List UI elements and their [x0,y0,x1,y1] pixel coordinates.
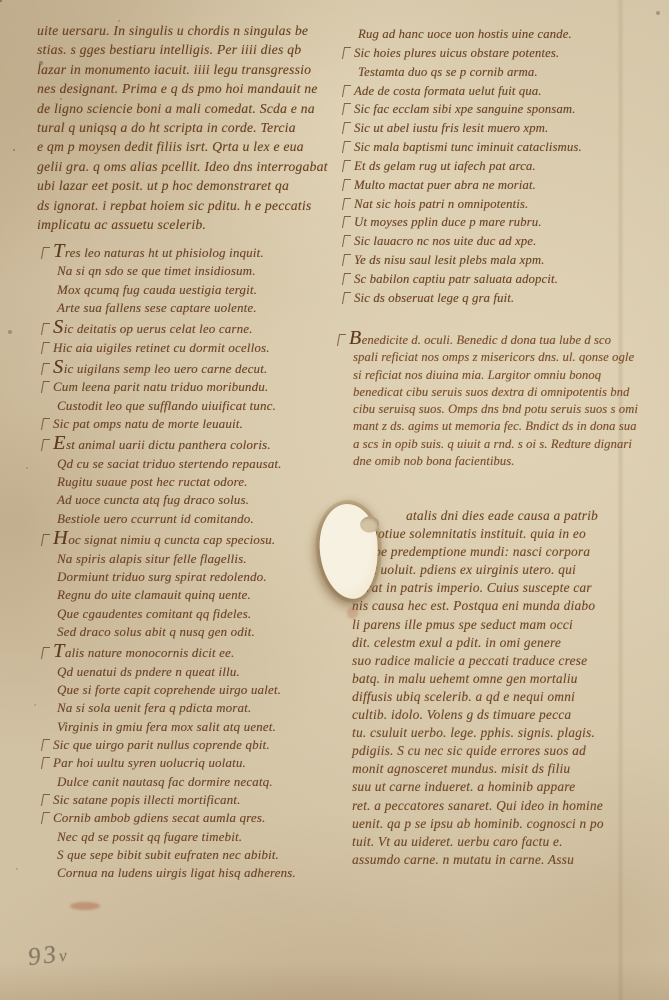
line-text: nis causa hec est. Postqua eni munda dia… [352,598,595,613]
verse-line: Multo mactat puer abra ne moriat. [358,176,646,195]
folio-number-suffix: v [58,946,68,966]
paraph-mark [342,103,351,115]
natalis-line: tuit. Vt au uideret. uerbu caro factu e. [352,833,644,851]
line-text: monit agnosceret mundus. misit ds filiu [352,761,570,776]
line-text: suo radice malicie a peccati traduce cre… [352,653,587,668]
line-text: li parens ille pmus spe seduct mam occi [352,617,573,632]
natalis-line: dit. celestm exul a pdit. in omi genere [352,634,644,652]
natalis-paragraph: atalis dni dies eade causa a patribuotiu… [352,507,644,869]
line-text: cibu seruisq suos. Omps dns bnd potu ser… [353,402,638,416]
verse-line: Nec qd se possit qq fugare timebit. [57,828,345,846]
verse-line: Bestiole uero ccurrunt id comitando. [57,510,345,528]
line-text: Dormiunt triduo surg spirat redolendo. [57,570,267,584]
verse-line: Sic pat omps natu de morte leuauit. [57,415,345,433]
verse-line: Sed draco solus abit q nusq gen odit. [57,623,345,641]
verse-line: Cornib ambob gdiens secat aumla qres. [57,809,345,827]
line-text: Sic hoies plures uicus obstare potentes. [354,46,559,60]
line-text: Multo mactat puer abra ne moriat. [354,178,536,192]
natalis-line: cultib. idolo. Volens g ds timuare pecca [352,706,644,724]
verse-line: Ye ds nisu saul lesit plebs mala xpm. [358,251,646,270]
verse-line: Sic satane popis illecti mortificant. [57,791,345,809]
line-text: nes designant. Prima e q ds pmo hoi mand… [37,81,318,96]
verse-line: Sic mala baptismi tunc iminuit cataclism… [358,138,646,157]
drop-capital: S [53,316,64,338]
natalis-line: uenit. qa p se ipsu ab hominib. cognosci… [352,815,644,833]
benediction-line: benedicat cibu seruis suos dextra di omn… [353,384,655,401]
paraph-mark [41,323,50,335]
benediction-line: si reficiat nos diuina mia. Largitor omn… [353,367,655,384]
natalis-line: lit uoluit. pdiens ex uirginis utero. qu… [365,561,644,579]
paraph-mark [342,85,351,97]
line-text: a scs in opib suis. q uiuit a rnd. s oi … [353,437,632,451]
intro-line: e qm p moysen dedit filiis isrt. Qrta u … [37,137,345,156]
line-text: Benedicite d. oculi. Benedic d dona tua … [349,333,611,347]
line-text: Sic fac ecclam sibi xpe sanguine sponsam… [354,102,575,116]
line-text: xpe predemptione mundi: nasci corpora [368,544,590,559]
line-text: tural q uniqsq a do ht scripta in corde.… [37,120,296,135]
paraph-mark [342,160,351,172]
intro-line: gelii gra. q oms alias pcellit. Ideo dns… [37,157,345,176]
drop-capital: T [53,240,65,262]
paraph-mark [342,273,351,285]
line-text: Arte sua fallens sese captare uolente. [57,301,257,315]
line-text: dne omib nob bona facientibus. [353,454,514,468]
line-text: Na si sola uenit fera q pdicta morat. [57,701,251,715]
drop-capital: T [53,640,65,662]
line-text: Cum leena parit natu triduo moribundu. [53,380,268,394]
paraph-mark [41,363,50,375]
line-text: Hoc signat nimiu q cuncta cap speciosu. [53,533,275,547]
paraph-mark [41,418,50,430]
drop-capital: S [53,356,64,378]
line-text: assumdo carne. n mutatu in carne. Assu [352,852,574,867]
paraph-mark [41,794,50,806]
line-text: Par hoi uultu syren uolucriq uolatu. [53,756,246,770]
verse-line: Ade de costa formata uelut fuit qua. [358,82,646,101]
natalis-line: pdigiis. S cu nec sic quide errores suos… [352,742,644,760]
line-text: Na spiris alapis situr felle flagellis. [57,552,247,566]
natalis-line: suo radice malicie a peccati traduce cre… [352,652,644,670]
line-text: Cornib ambob gdiens secat aumla qres. [53,811,265,825]
verse-line: Que si forte capit coprehende uirgo uale… [57,681,345,699]
paraph-mark [41,381,50,393]
intro-line: lazar in monumento iacuit. iiii legu tra… [37,60,345,79]
verse-line: Hoc signat nimiu q cuncta cap speciosu. [57,528,345,549]
red-ink-smudge [70,902,100,910]
line-text: uotiue solemnitatis instituit. quia in e… [371,526,586,541]
line-text: Na si qn sdo se que timet insidiosum. [57,264,256,278]
line-text: de ligno sciencie boni a mali comedat. S… [37,101,315,116]
line-text: Sic que uirgo parit nullus coprende qbit… [53,738,270,752]
verse-line: Hic aia uigiles retinet cu dormit ocello… [57,339,345,357]
verse-line: Sic fac ecclam sibi xpe sanguine sponsam… [358,100,646,119]
paraph-mark [342,292,351,304]
line-text: lit uoluit. pdiens ex uirginis utero. qu… [365,562,576,577]
paraph-mark [342,47,351,59]
paraph-mark [41,812,50,824]
line-text: Mox qcumq fug cauda uestigia tergit. [57,283,257,297]
gutter-ink-smudge [347,607,358,619]
paraph-mark [41,342,50,354]
line-text: Hic aia uigiles retinet cu dormit ocello… [53,341,270,355]
verse-line: Sic uigilans semp leo uero carne decut. [57,357,345,378]
verse-line: Custodit leo que sufflando uiuificat tun… [57,397,345,415]
line-text: Sic lauacro nc nos uite duc ad xpe. [354,234,536,248]
line-text: ret. a peccatores sanaret. Qui ideo in h… [352,798,603,813]
intro-paragraph: uite uersaru. In singulis u chordis n si… [37,21,345,234]
verse-line: Sc babilon captiu patr saluata adopcit. [358,270,646,289]
natalis-line: suu ut carne indueret. a hominib appare [352,778,644,796]
benediction-paragraph: Benedicite d. oculi. Benedic d dona tua … [353,329,655,470]
intro-line: tural q uniqsq a do ht scripta in corde.… [37,118,345,137]
line-text: mant z ds. agims ut memoria fec. Bndict … [353,419,637,433]
line-text: e qm p moysen dedit filiis isrt. Qrta u … [37,139,304,154]
verse-line: Mox qcumq fug cauda uestigia tergit. [57,281,345,299]
line-text: tuit. Vt au uideret. uerbu caro factu e. [352,834,563,849]
line-text: Est animal uarii dictu panthera coloris. [53,438,271,452]
verse-line: Na spiris alapis situr felle flagellis. [57,550,345,568]
benediction-line: dne omib nob bona facientibus. [353,453,655,470]
folio-number-digits: 93 [26,941,60,972]
line-text: diffusis ubiq scelerib. a qd e nequi omn… [352,689,575,704]
paraph-mark [41,534,50,546]
paraph-mark [41,247,50,259]
line-text: spali reficiat nos omps z misericors dns… [353,350,634,364]
natalis-line: assumdo carne. n mutatu in carne. Assu [352,851,644,869]
verse-line: Sic ds obseruat lege q gra fuit. [358,289,646,308]
benediction-line: Benedicite d. oculi. Benedic d dona tua … [353,329,655,349]
paraph-mark [342,216,351,228]
natalis-line: erat in patris imperio. Cuius suscepte c… [360,579,644,597]
verse-line: Na si qn sdo se que timet insidiosum. [57,262,345,280]
verse-line: Na si sola uenit fera q pdicta morat. [57,699,345,717]
verse-line: Ut moyses pplin duce p mare rubru. [358,213,646,232]
line-text: atalis dni dies eade causa a patrib [406,508,598,523]
verse-line: Dulce canit nautasq fac dormire necatq. [57,773,345,791]
drop-capital: H [53,527,68,549]
benediction-line: cibu seruisq suos. Omps dns bnd potu ser… [353,401,655,418]
paraph-mark [342,235,351,247]
line-text: Sic mala baptismi tunc iminuit cataclism… [354,140,582,154]
paraph-mark [41,647,50,659]
verse-line: Par hoi uultu syren uolucriq uolatu. [57,754,345,772]
line-text: Nec qd se possit qq fugare timebit. [57,830,242,844]
verse-line: Sic hoies plures uicus obstare potentes. [358,44,646,63]
paraph-mark [342,198,351,210]
line-text: S que sepe bibit subit eufraten nec abib… [57,848,279,862]
verse-line: Et ds gelam rug ut iafech pat arca. [358,157,646,176]
benediction-line: spali reficiat nos omps z misericors dns… [353,349,655,366]
line-text: uenit. qa p se ipsu ab hominib. cognosci… [352,816,604,831]
verse-line: Dormiunt triduo surg spirat redolendo. [57,568,345,586]
paraph-mark [41,439,50,451]
line-text: Ut moyses pplin duce p mare rubru. [354,215,542,229]
intro-line: uite uersaru. In singulis u chordis n si… [37,21,345,40]
line-text: Ad uoce cuncta atq fug draco solus. [57,493,249,507]
line-text: batq. in malu uehemt omne gen mortaliu [352,671,578,686]
line-text: erat in patris imperio. Cuius suscepte c… [360,580,592,595]
line-text: implicatu ac assuetu scelerib. [37,217,206,232]
line-text: Sic uigilans semp leo uero carne decut. [53,362,267,376]
benediction-line: a scs in opib suis. q uiuit a rnd. s oi … [353,436,655,453]
line-text: tu. csuluit uerbo. lege. pphis. signis. … [352,725,595,740]
paraph-mark [41,739,50,751]
verse-line: S que sepe bibit subit eufraten nec abib… [57,846,345,864]
verse-line: Arte sua fallens sese captare uolente. [57,299,345,317]
line-text: Que cgaudentes comitant qq fideles. [57,607,251,621]
natalis-line: li parens ille pmus spe seduct mam occi [352,616,644,634]
line-text: Sic ut abel iustu fris lesit muero xpm. [354,121,548,135]
line-text: Testamta duo qs se p cornib arma. [358,65,538,79]
line-text: benedicat cibu seruis suos dextra di omn… [353,385,629,399]
verse-line: Cornua na ludens uirgis ligat hisq adher… [57,864,345,882]
line-text: Sic ds obseruat lege q gra fuit. [354,291,514,305]
natalis-line: nis causa hec est. Postqua eni munda dia… [352,597,644,615]
natalis-line: monit agnosceret mundus. misit ds filiu [352,760,644,778]
verse-line: Que cgaudentes comitant qq fideles. [57,605,345,623]
line-text: Qd uenatui ds pndere n queat illu. [57,665,240,679]
line-text: Rug ad hanc uoce uon hostis uine cande. [358,27,572,41]
paraph-mark [342,254,351,266]
paraph-mark [41,757,50,769]
natalis-line: tu. csuluit uerbo. lege. pphis. signis. … [352,724,644,742]
line-text: Sic deitatis op uerus celat leo carne. [53,322,253,336]
line-text: Sic pat omps natu de morte leuauit. [53,417,243,431]
verse-line: Rug ad hanc uoce uon hostis uine cande. [358,25,646,44]
line-text: Virginis in gmiu fera mox salit atq uene… [57,720,276,734]
verse-line: Virginis in gmiu fera mox salit atq uene… [57,718,345,736]
natalis-line: atalis dni dies eade causa a patrib [406,507,644,525]
verse-line: Cum leena parit natu triduo moribundu. [57,378,345,396]
verse-line: Talis nature monocornis dicit ee. [57,641,345,662]
line-text: Ade de costa formata uelut fuit qua. [354,84,542,98]
natalis-line: batq. in malu uehemt omne gen mortaliu [352,670,644,688]
natalis-line: ret. a peccatores sanaret. Qui ideo in h… [352,797,644,815]
verse-line: Sic lauacro nc nos uite duc ad xpe. [358,232,646,251]
parchment-bottom-shade [0,962,669,1000]
intro-line: ds ignorat. i repbat hoiem sic pditu. h … [37,196,345,215]
line-text: Nat sic hois patri n omnipotentis. [354,197,528,211]
left-verse-column: Tres leo naturas ht ut phisiolog inquit.… [57,241,345,883]
drop-capital: B [349,327,362,349]
line-text: ubi lazar eet posit. ut p hoc demonstrar… [37,178,289,193]
benediction-line: mant z ds. agims ut memoria fec. Bndict … [353,418,655,435]
parchment-specks [0,0,2,2]
verse-line: Tres leo naturas ht ut phisiolog inquit. [57,241,345,262]
verse-line: Sic deitatis op uerus celat leo carne. [57,317,345,338]
line-text: Rugitu suaue post hec ructat odore. [57,475,248,489]
intro-line: stias. s gges bestiaru intelligis. Per i… [37,40,345,59]
manuscript-page: uite uersaru. In singulis u chordis n si… [0,0,669,1000]
line-text: Custodit leo que sufflando uiuificat tun… [57,399,276,413]
line-text: Regnu do uite clamauit quinq uente. [57,588,251,602]
paraph-mark [342,141,351,153]
line-text: stias. s gges bestiaru intelligis. Per i… [37,42,301,57]
verse-line: Sic ut abel iustu fris lesit muero xpm. [358,119,646,138]
natalis-line: uotiue solemnitatis instituit. quia in e… [371,525,644,543]
line-text: cultib. idolo. Volens g ds timuare pecca [352,707,571,722]
verse-line: Qd cu se saciat triduo stertendo repausa… [57,455,345,473]
line-text: Sic satane popis illecti mortificant. [53,793,241,807]
intro-line: de ligno sciencie boni a mali comedat. S… [37,99,345,118]
paraph-mark [342,122,351,134]
verse-line: Regnu do uite clamauit quinq uente. [57,586,345,604]
intro-line: ubi lazar eet posit. ut p hoc demonstrar… [37,176,345,195]
verse-line: Est animal uarii dictu panthera coloris. [57,433,345,454]
right-verse-column: Rug ad hanc uoce uon hostis uine cande.S… [358,25,646,308]
line-text: lazar in monumento iacuit. iiii legu tra… [37,62,311,77]
verse-line: Rugitu suaue post hec ructat odore. [57,473,345,491]
verse-line: Testamta duo qs se p cornib arma. [358,63,646,82]
line-text: Qd cu se saciat triduo stertendo repausa… [57,457,282,471]
intro-line: implicatu ac assuetu scelerib. [37,215,345,234]
line-text: Ye ds nisu saul lesit plebs mala xpm. [354,253,544,267]
verse-line: Nat sic hois patri n omnipotentis. [358,195,646,214]
line-text: suu ut carne indueret. a hominib appare [352,779,575,794]
line-text: Tres leo naturas ht ut phisiolog inquit. [53,246,264,260]
verse-line: Sic que uirgo parit nullus coprende qbit… [57,736,345,754]
natalis-line: diffusis ubiq scelerib. a qd e nequi omn… [352,688,644,706]
drop-capital: E [53,432,66,454]
line-text: Sed draco solus abit q nusq gen odit. [57,625,255,639]
line-text: si reficiat nos diuina mia. Largitor omn… [353,368,601,382]
line-text: Bestiole uero ccurrunt id comitando. [57,512,254,526]
folio-number: 93v [26,940,68,972]
line-text: ds ignorat. i repbat hoiem sic pditu. h … [37,198,311,213]
verse-line: Qd uenatui ds pndere n queat illu. [57,663,345,681]
line-text: Cornua na ludens uirgis ligat hisq adher… [57,866,296,880]
line-text: Dulce canit nautasq fac dormire necatq. [57,775,273,789]
line-text: Que si forte capit coprehende uirgo uale… [57,683,281,697]
intro-line: nes designant. Prima e q ds pmo hoi mand… [37,79,345,98]
verse-line: Ad uoce cuncta atq fug draco solus. [57,491,345,509]
line-text: Et ds gelam rug ut iafech pat arca. [354,159,536,173]
line-text: gelii gra. q oms alias pcellit. Ideo dns… [37,159,328,174]
line-text: dit. celestm exul a pdit. in omi genere [352,635,561,650]
line-text: Talis nature monocornis dicit ee. [53,646,234,660]
natalis-line: xpe predemptione mundi: nasci corpora [368,543,644,561]
line-text: uite uersaru. In singulis u chordis n si… [37,23,308,38]
paraph-mark [342,179,351,191]
line-text: Sc babilon captiu patr saluata adopcit. [354,272,558,286]
line-text: pdigiis. S cu nec sic quide errores suos… [352,743,586,758]
